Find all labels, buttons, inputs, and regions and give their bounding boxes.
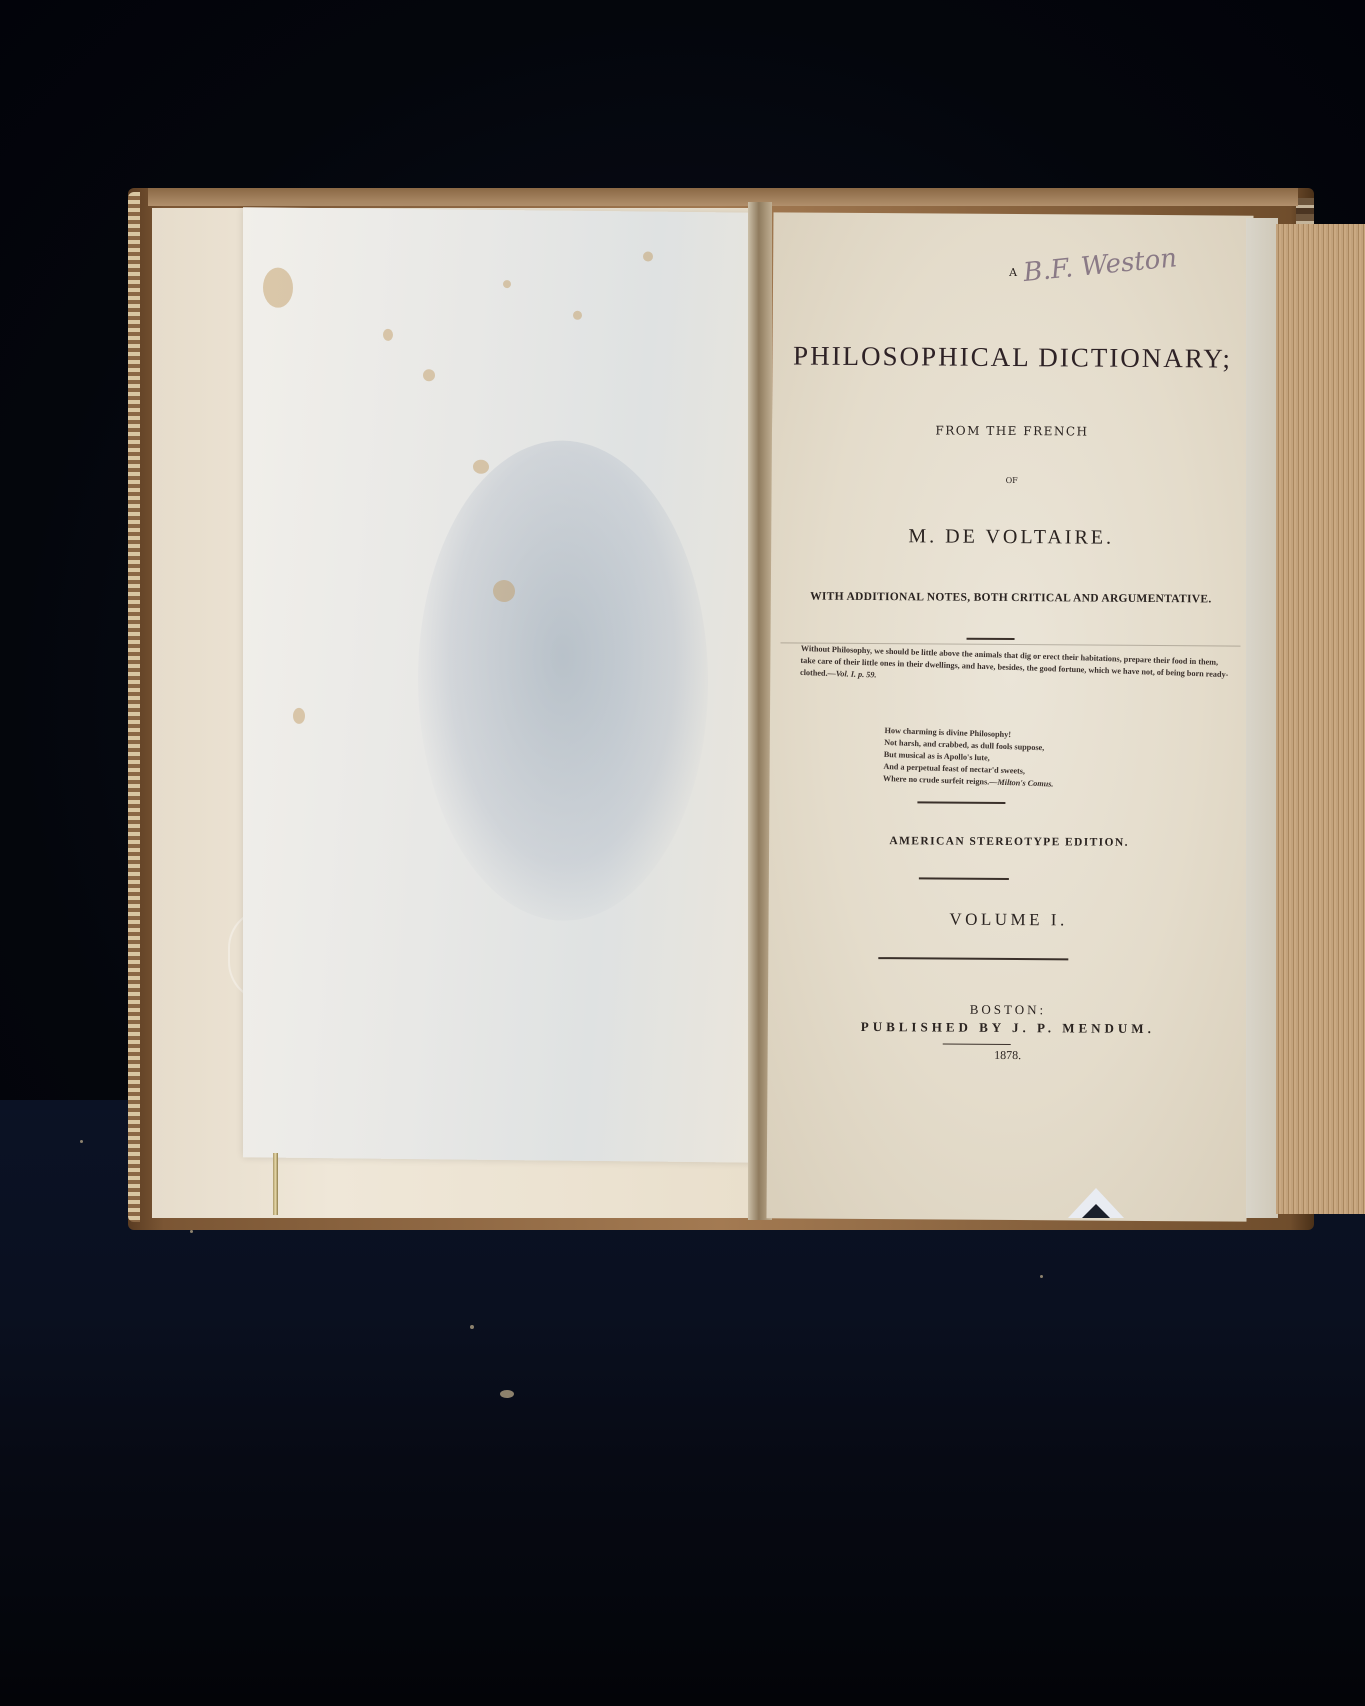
foxing-spot bbox=[573, 311, 582, 320]
volume-label: VOLUME I. bbox=[769, 908, 1249, 931]
foxing-spot bbox=[293, 708, 305, 724]
open-book: A B.F. Weston PHILOSOPHICAL DICTIONARY; … bbox=[128, 188, 1314, 1238]
right-leaves bbox=[1246, 218, 1278, 1218]
foxing-spot bbox=[493, 580, 515, 602]
gilt-cover-edge-left bbox=[128, 192, 140, 1222]
title-article: A bbox=[773, 264, 1253, 280]
verse-attribution: Milton's Comus. bbox=[997, 778, 1053, 789]
dust-speck bbox=[80, 1140, 83, 1143]
author-name: M. DE VOLTAIRE. bbox=[771, 524, 1251, 550]
publisher: PUBLISHED BY J. P. MENDUM. bbox=[768, 1018, 1248, 1037]
dust-speck bbox=[470, 1325, 474, 1329]
brass-page-clip bbox=[273, 1153, 278, 1215]
publication-year: 1878. bbox=[768, 1046, 1248, 1064]
foxing-spot bbox=[473, 460, 489, 474]
dust-speck bbox=[1040, 1275, 1043, 1278]
divider-rule bbox=[967, 638, 1015, 640]
title-page: A B.F. Weston PHILOSOPHICAL DICTIONARY; … bbox=[766, 212, 1253, 1221]
tissue-guard bbox=[243, 207, 758, 1162]
epigraph-prose-attribution: Vol. I. p. 59. bbox=[836, 669, 877, 679]
translation-note: FROM THE FRENCH bbox=[772, 422, 1252, 439]
owner-signature: B.F. Weston bbox=[1022, 243, 1178, 288]
foxing-spot bbox=[423, 369, 435, 381]
divider-rule bbox=[919, 877, 1009, 879]
foxing-spot bbox=[503, 280, 511, 288]
edition-label: AMERICAN STEREOTYPE EDITION. bbox=[769, 834, 1249, 849]
foxing-spot bbox=[263, 268, 293, 308]
book-stand-cutout bbox=[1082, 1204, 1110, 1218]
book-title: PHILOSOPHICAL DICTIONARY; bbox=[772, 340, 1252, 374]
page-fore-edge bbox=[1276, 224, 1365, 1214]
photo-scene: A B.F. Weston PHILOSOPHICAL DICTIONARY; … bbox=[0, 0, 1365, 1706]
verse-line-text: Where no crude surfeit reigns.— bbox=[883, 774, 998, 787]
divider-rule bbox=[943, 1044, 1011, 1045]
divider-rule bbox=[878, 957, 1068, 960]
publication-city: BOSTON: bbox=[768, 1000, 1248, 1019]
frontispiece-portrait-shadow bbox=[418, 439, 708, 922]
subtitle-notes: WITH ADDITIONAL NOTES, BOTH CRITICAL AND… bbox=[771, 590, 1251, 605]
epigraph-verse: How charming is divine Philosophy! Not h… bbox=[883, 725, 1205, 796]
foxing-spot bbox=[383, 329, 393, 341]
divider-rule bbox=[917, 801, 1005, 803]
epigraph-prose: Without Philosophy, we should be little … bbox=[800, 643, 1231, 693]
dust-speck bbox=[500, 1390, 514, 1398]
foxing-spot bbox=[643, 251, 653, 261]
of-label: OF bbox=[772, 474, 1252, 486]
top-board bbox=[148, 188, 1298, 206]
